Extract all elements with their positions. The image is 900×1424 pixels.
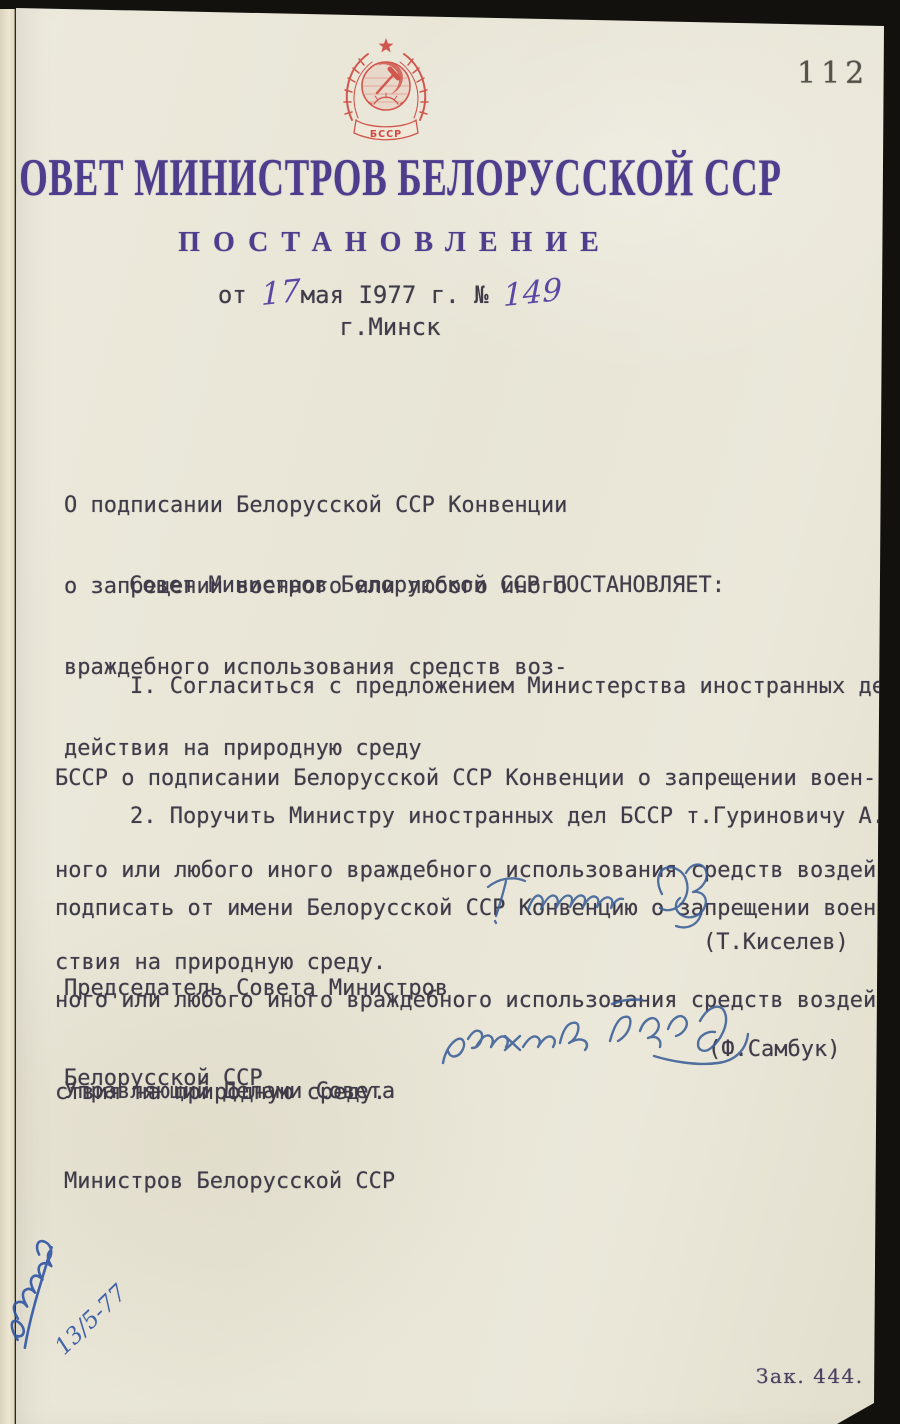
date-line: от 17мая I977 г. № 149	[120, 281, 660, 309]
signature-name-sambuk: (Ф.Самбук)	[708, 1037, 840, 1062]
signature-title-manager: Управляющий Делами Совета Министров Бело…	[64, 1017, 395, 1257]
body-line: 2. Поручить Министру иностранных дел БСС…	[55, 802, 900, 833]
scanned-document-page: 112 БССР СОВЕТ МИНИСТРОВ	[0, 0, 900, 1424]
city-line: г.Минск	[120, 313, 660, 341]
resolution-intro: Совет Министров Белорусской ССР ПОСТАНОВ…	[129, 573, 725, 598]
emblem-ribbon-label: БССР	[370, 129, 402, 140]
book-binding-edge	[0, 9, 15, 1424]
handwritten-doc-number: 149	[503, 290, 562, 296]
subject-line: О подписании Белорусской ССР Конвенции	[64, 492, 567, 519]
red-star-icon	[379, 38, 394, 53]
signature-title-line: Председатель Совета Министров	[64, 974, 448, 1004]
body-line: I. Согласиться с предложением Министерст…	[55, 672, 898, 703]
archive-page-number: 112	[797, 56, 869, 91]
handwritten-day: 17	[261, 291, 300, 295]
bssr-coat-of-arms-icon: БССР	[336, 36, 436, 148]
signature-title-line: Министров Белорусской ССР	[64, 1167, 395, 1197]
paper-sheet: 112 БССР СОВЕТ МИНИСТРОВ	[0, 0, 900, 1424]
signature-title-line: Управляющий Делами Совета	[64, 1077, 395, 1107]
letterhead-organization: СОВЕТ МИНИСТРОВ БЕЛОРУССКОЙ ССР	[0, 148, 782, 208]
document-type-title: ПОСТАНОВЛЕНИЕ	[0, 227, 790, 259]
signature-name-kiselev: (Т.Киселев)	[703, 930, 849, 955]
print-reference: Зак. 444.	[756, 1364, 864, 1388]
date-typed: мая I977 г. №	[301, 281, 489, 309]
date-prefix: от	[218, 281, 247, 309]
